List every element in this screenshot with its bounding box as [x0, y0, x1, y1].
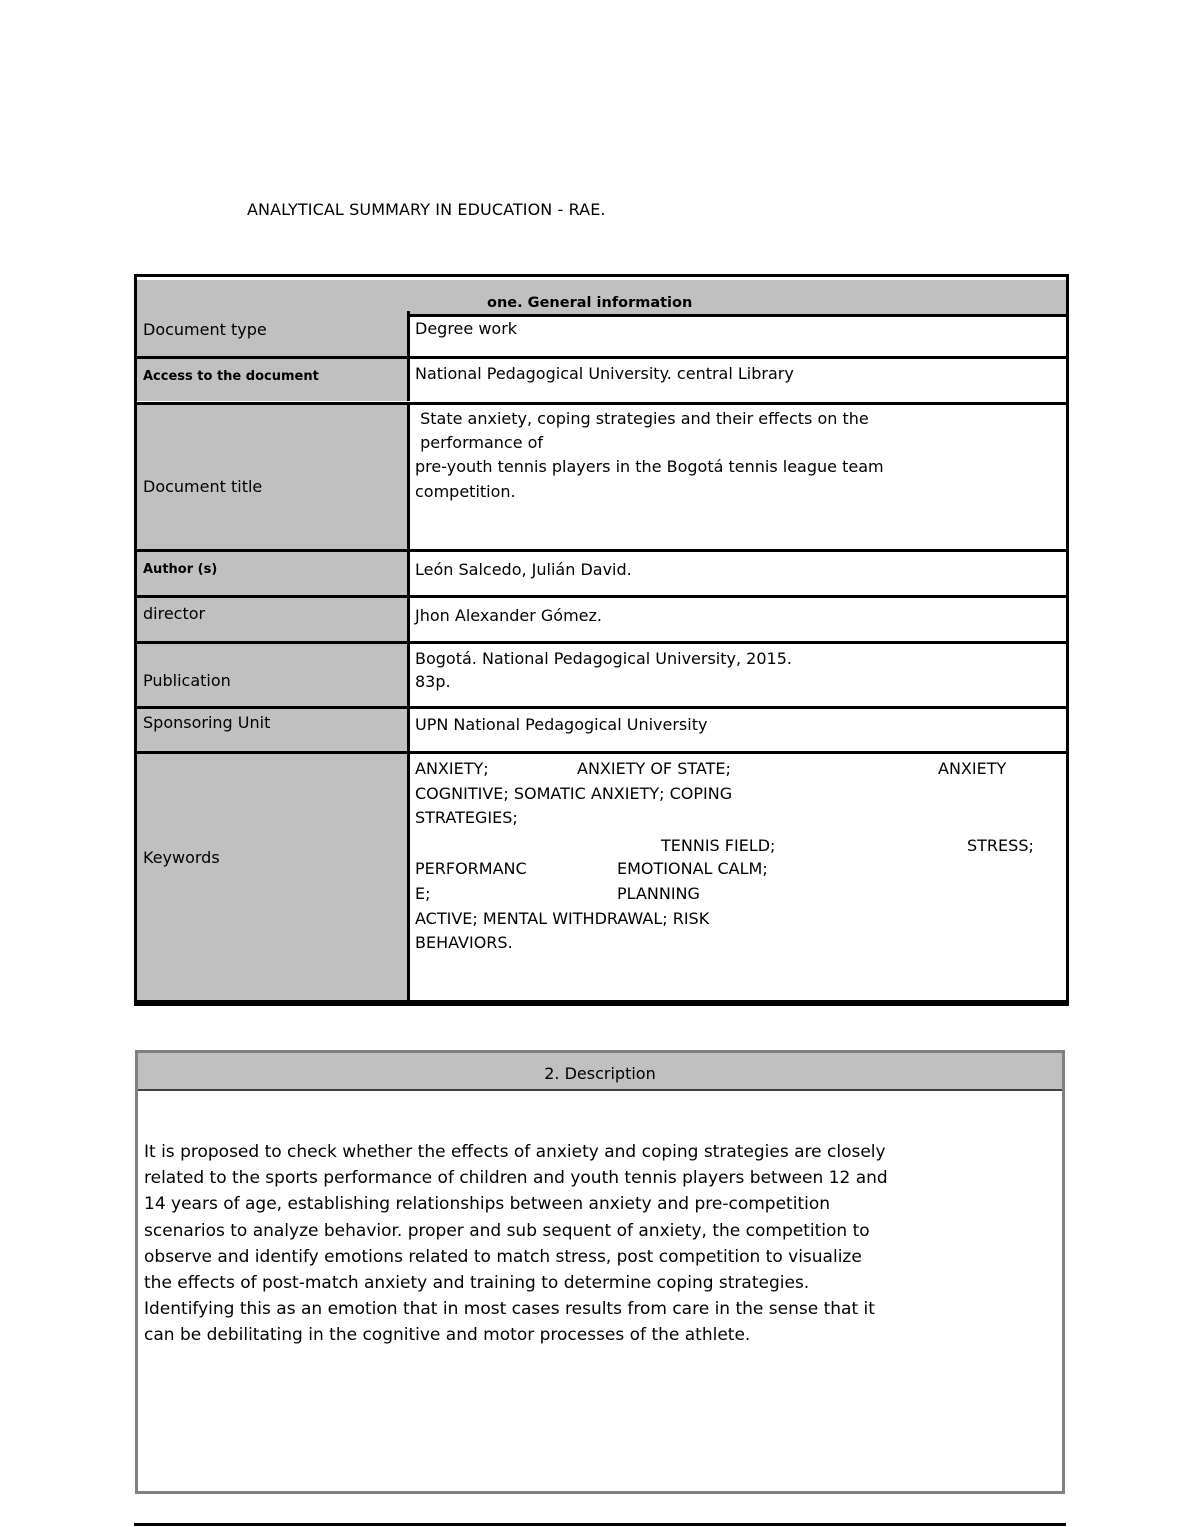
- description-line: 14 years of age, establishing relationsh…: [144, 1191, 1054, 1217]
- description-line: observe and identify emotions related to…: [144, 1244, 1054, 1270]
- keyword-text: ANXIETY;: [415, 757, 489, 782]
- value-document-type: Degree work: [415, 317, 517, 342]
- value-title-line-2: performance of: [415, 431, 543, 456]
- value-title-line-3: pre-youth tennis players in the Bogotá t…: [415, 455, 884, 480]
- keyword-text: PLANNING: [617, 882, 700, 907]
- label-keywords: Keywords: [143, 848, 220, 867]
- keyword-text: COGNITIVE; SOMATIC ANXIETY; COPING: [415, 782, 732, 807]
- keyword-text: PERFORMANC: [415, 857, 527, 882]
- value-director: Jhon Alexander Gómez.: [415, 604, 602, 629]
- description-line: the effects of post-match anxiety and tr…: [144, 1270, 1054, 1296]
- description-line: It is proposed to check whether the effe…: [144, 1139, 1054, 1165]
- description-line: scenarios to analyze behavior. proper an…: [144, 1218, 1054, 1244]
- description-text: It is proposed to check whether the effe…: [144, 1139, 1054, 1349]
- keywords-value: ANXIETY; ANXIETY OF STATE; ANXIETY COGNI…: [410, 754, 1066, 1000]
- value-author: León Salcedo, Julián David.: [415, 558, 632, 583]
- row-keywords: Keywords ANXIETY; ANXIETY OF STATE; ANXI…: [137, 754, 1066, 1000]
- row-document-title: Document title State anxiety, coping str…: [137, 405, 1066, 549]
- row-author: Author (s) León Salcedo, Julián David.: [137, 552, 1066, 595]
- value-publication-line-1: Bogotá. National Pedagogical University,…: [415, 647, 792, 672]
- description-line: Identifying this as an emotion that in m…: [144, 1296, 1054, 1322]
- keyword-text: TENNIS FIELD;: [661, 834, 775, 859]
- row-publication: Publication Bogotá. National Pedagogical…: [137, 644, 1066, 706]
- section-heading: one. General information: [487, 295, 692, 311]
- row-document-type: Document type Degree work: [137, 311, 1066, 358]
- description-line: related to the sports performance of chi…: [144, 1165, 1054, 1191]
- document-title: ANALYTICAL SUMMARY IN EDUCATION - RAE.: [247, 200, 606, 219]
- label-author: Author (s): [143, 562, 217, 577]
- row-access: Access to the document National Pedagogi…: [137, 359, 1066, 401]
- row-director: director Jhon Alexander Gómez.: [137, 598, 1066, 641]
- description-header: 2. Description: [138, 1053, 1062, 1091]
- section-heading: 2. Description: [544, 1064, 655, 1083]
- value-sponsoring-unit: UPN National Pedagogical University: [415, 713, 707, 738]
- description-line: can be debilitating in the cognitive and…: [144, 1322, 1054, 1348]
- keyword-text: EMOTIONAL CALM;: [617, 857, 768, 882]
- keyword-text: BEHAVIORS.: [415, 931, 513, 956]
- label-access: Access to the document: [143, 369, 319, 384]
- page-divider: [134, 1523, 1066, 1526]
- value-publication-line-2: 83p.: [415, 670, 451, 695]
- label-document-type: Document type: [143, 320, 267, 339]
- keyword-text: ANXIETY: [938, 757, 1006, 782]
- value-title-line-4: competition.: [415, 480, 516, 505]
- keyword-text: E;: [415, 882, 431, 907]
- keyword-text: ACTIVE; MENTAL WITHDRAWAL; RISK: [415, 907, 709, 932]
- keyword-text: ANXIETY OF STATE;: [577, 757, 731, 782]
- label-document-title: Document title: [143, 477, 262, 496]
- label-director: director: [143, 604, 205, 623]
- general-information-table: one. General information Document type D…: [134, 274, 1069, 1006]
- keyword-text: STRESS;: [967, 834, 1034, 859]
- label-sponsoring-unit: Sponsoring Unit: [143, 713, 270, 732]
- label-publication: Publication: [143, 671, 231, 690]
- value-access: National Pedagogical University. central…: [415, 362, 794, 387]
- row-sponsoring-unit: Sponsoring Unit UPN National Pedagogical…: [137, 709, 1066, 751]
- description-table: 2. Description It is proposed to check w…: [135, 1050, 1065, 1494]
- value-title-line-1: State anxiety, coping strategies and the…: [415, 407, 869, 432]
- keyword-text: STRATEGIES;: [415, 806, 518, 831]
